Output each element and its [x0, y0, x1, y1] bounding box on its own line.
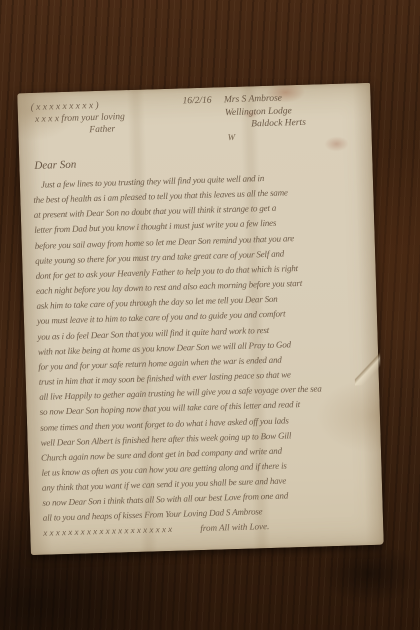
- stray-ink-mark: W: [227, 132, 235, 142]
- letter-body: Just a few lines to you trusting they wi…: [33, 168, 371, 526]
- letter-content: ( x x x x x x x x x ) x x x x from your …: [17, 83, 384, 555]
- letter-photo: ( x x x x x x x x x ) x x x x from your …: [17, 83, 384, 555]
- address-block: 16/2/16 Mrs S Ambrose Wellington Lodge B…: [182, 92, 306, 133]
- letter-date: 16/2/16: [182, 96, 211, 107]
- letter-addressee: Mrs S Ambrose: [224, 93, 282, 105]
- address-line-3: Baldock Herts: [183, 117, 306, 133]
- letter-paper: ( x x x x x x x x x ) x x x x from your …: [17, 83, 384, 555]
- letter-header: ( x x x x x x x x x ) x x x x from your …: [30, 90, 360, 158]
- closing-note: from All with Love.: [200, 521, 269, 533]
- kisses-top-block: ( x x x x x x x x x ) x x x x from your …: [30, 99, 125, 138]
